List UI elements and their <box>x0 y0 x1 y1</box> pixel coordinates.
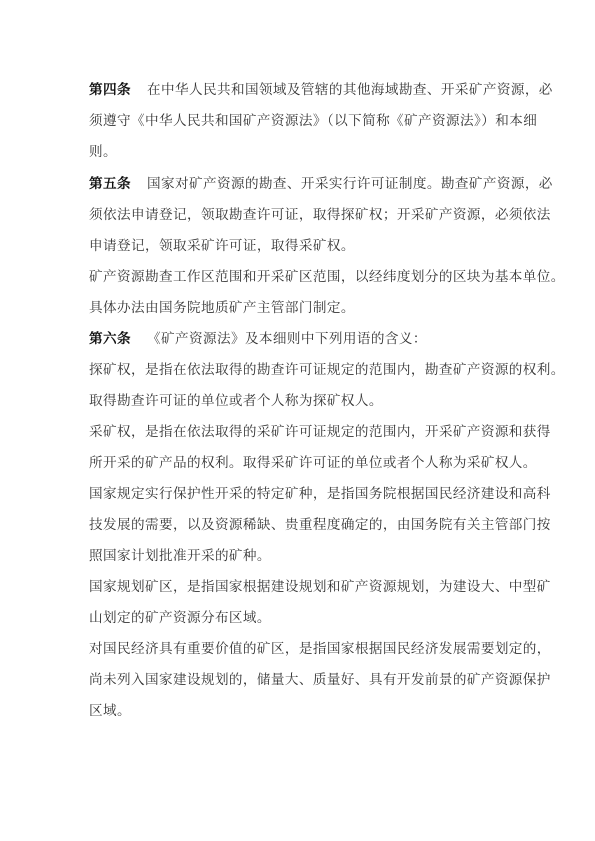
article-6-line-7: 技发展的需要，以及资源稀缺、贵重程度确定的，由国务院有关主管部门按 <box>89 515 551 535</box>
article-4-line-1: 第四条在中华人民共和国领域及管辖的其他海域勘查、开采矿产资源，必 <box>89 80 553 100</box>
article-6-line-3: 取得勘查许可证的单位或者个人称为探矿权人。 <box>89 391 383 411</box>
article-5-line-2: 须依法申请登记，领取勘查许可证，取得探矿权；开采矿产资源，必须依法 <box>89 205 551 225</box>
article-6-line-10: 山划定的矿产资源分布区域。 <box>89 608 271 628</box>
article-6-line-5: 所开采的矿产品的权利。取得采矿许可证的单位或者个人称为采矿权人。 <box>89 453 537 473</box>
article-6-line-11: 对国民经济具有重要价值的矿区，是指国家根据国民经济发展需要划定的， <box>89 639 551 659</box>
article-heading: 第四条 <box>89 82 131 98</box>
article-6-line-9: 国家规划矿区，是指国家根据建设规划和矿产资源规划，为建设大、中型矿 <box>89 577 551 597</box>
article-5-line-5: 具体办法由国务院地质矿产主管部门制定。 <box>89 298 355 318</box>
article-6-line-6: 国家规定实行保护性开采的特定矿种，是指国务院根据国民经济建设和高科 <box>89 484 551 504</box>
article-5-line-4: 矿产资源勘查工作区范围和开采矿区范围，以经纬度划分的区块为基本单位。 <box>89 267 565 287</box>
article-4-line-3: 则。 <box>89 142 117 162</box>
article-4-line-2: 须遵守《中华人民共和国矿产资源法》（以下简称《矿产资源法》）和本细 <box>89 111 537 131</box>
article-6-line-8: 照国家计划批准开采的矿种。 <box>89 546 271 566</box>
article-heading: 第六条 <box>89 331 131 347</box>
article-6-line-1: 第六条《矿产资源法》及本细则中下列用语的含义： <box>89 329 427 349</box>
article-5-line-1: 第五条国家对矿产资源的勘查、开采实行许可证制度。勘查矿产资源，必 <box>89 174 553 194</box>
article-6-line-2: 探矿权，是指在依法取得的勘查许可证规定的范围内，勘查矿产资源的权利。 <box>89 360 565 380</box>
article-5-line-3: 申请登记，领取采矿许可证，取得采矿权。 <box>89 236 355 256</box>
article-6-line-13: 区域。 <box>89 701 131 721</box>
article-6-line-12: 尚未列入国家建设规划的，储量大、质量好、具有开发前景的矿产资源保护 <box>89 670 551 690</box>
article-6-line-4: 采矿权，是指在依法取得的采矿许可证规定的范围内，开采矿产资源和获得 <box>89 422 551 442</box>
article-heading: 第五条 <box>89 176 131 192</box>
